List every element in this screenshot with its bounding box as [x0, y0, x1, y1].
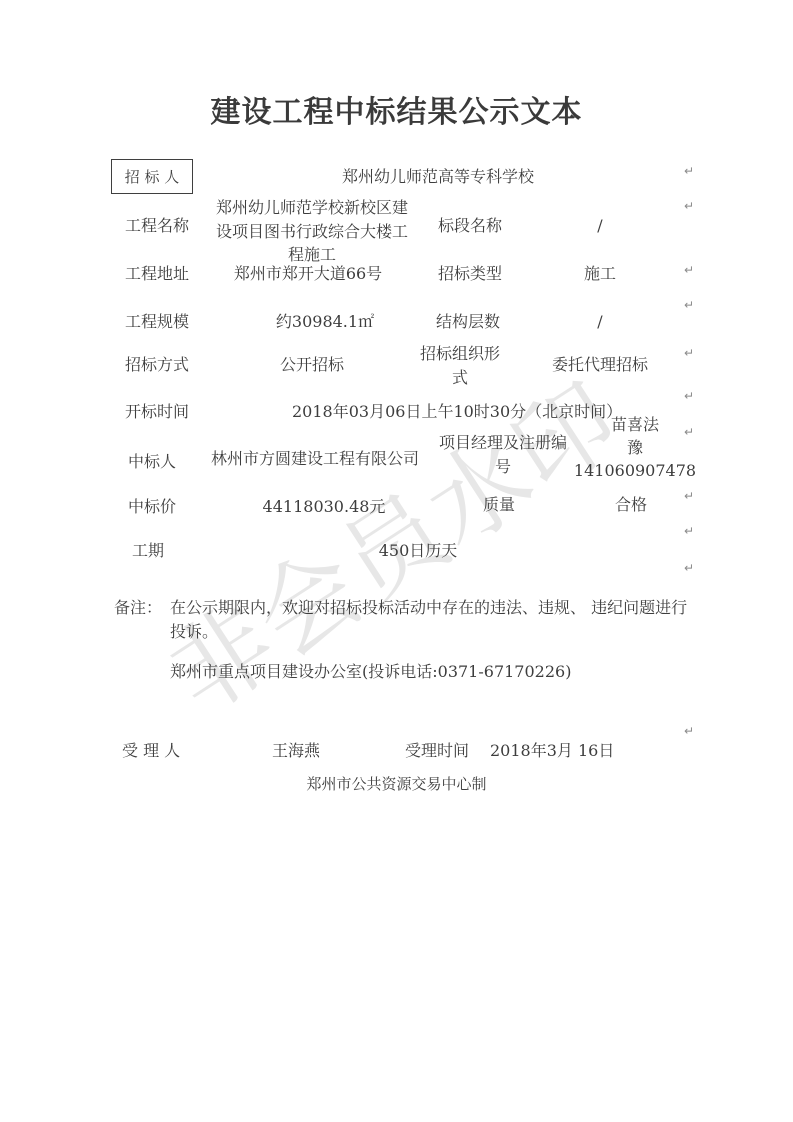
method-label: 招标方式 [125, 354, 189, 376]
pilcrow-icon: ↵ [684, 347, 700, 359]
bidder-label: 招 标 人 [125, 166, 180, 187]
pilcrow-icon: ↵ [684, 525, 700, 537]
pilcrow-icon: ↵ [684, 165, 700, 177]
bid-type-value: 施工 [540, 263, 660, 285]
page-title: 建设工程中标结果公示文本 [0, 95, 793, 131]
address-label: 工程地址 [125, 263, 189, 285]
acceptor-label: 受 理 人 [122, 740, 180, 762]
quality-label: 质量 [439, 494, 559, 516]
bidder-value: 郑州幼儿师范高等专科学校 [191, 166, 685, 188]
price-value: 44118030.48元 [224, 496, 424, 518]
issuer-footer: 郑州市公共资源交易中心制 [0, 773, 793, 795]
price-label: 中标价 [128, 496, 176, 518]
scale-label: 工程规模 [125, 311, 189, 333]
section-name-value: / [540, 215, 660, 237]
duration-label: 工期 [132, 540, 164, 562]
remark-line-2: 投诉。 [170, 620, 218, 644]
project-name-label: 工程名称 [125, 215, 189, 237]
pilcrow-icon: ↵ [684, 562, 700, 574]
pilcrow-icon: ↵ [684, 299, 700, 311]
bid-type-label: 招标类型 [410, 263, 530, 285]
org-form-value: 委托代理招标 [540, 354, 660, 376]
complaint-office-line: 郑州市重点项目建设办公室(投诉电话:0371-67170226) [170, 660, 571, 684]
remark-line-1: 在公示期限内，欢迎对招标投标活动中存在的违法、违规、 违纪问题进行 [170, 596, 687, 620]
structure-floors-label: 结构层数 [408, 311, 528, 333]
project-name-line-2: 设项目图书行政综合大楼工 [210, 220, 414, 244]
pilcrow-icon: ↵ [684, 390, 700, 402]
open-time-label: 开标时间 [125, 401, 189, 423]
duration-value: 450日历天 [318, 540, 518, 562]
acceptance-time-value: 2018年3月 16日 [490, 740, 614, 762]
org-form-label-line-1: 招标组织形 [400, 342, 520, 366]
document-page: 非会员水印 建设工程中标结果公示文本 招 标 人 郑州幼儿师范高等专科学校 工程… [0, 0, 793, 1122]
winner-value: 林州市方圆建设工程有限公司 [205, 448, 425, 470]
method-value: 公开招标 [212, 354, 412, 376]
pilcrow-icon: ↵ [684, 725, 700, 737]
acceptor-name: 王海燕 [272, 740, 320, 762]
winner-label: 中标人 [128, 451, 176, 473]
manager-label-line-1: 项目经理及注册编 [433, 431, 573, 455]
scale-value: 约30984.1㎡ [225, 311, 425, 333]
quality-value: 合格 [571, 494, 691, 516]
open-time-value: 2018年03月06日上午10时30分（北京时间） [292, 401, 552, 423]
acceptance-time-label: 受理时间 [405, 740, 469, 762]
manager-province: 豫 [565, 436, 705, 459]
org-form-label-line-2: 式 [400, 366, 520, 390]
manager-name: 苗喜法 [565, 413, 705, 436]
section-name-label: 标段名称 [410, 215, 530, 237]
manager-label-line-2: 号 [433, 455, 573, 479]
project-name-line-1: 郑州幼儿师范学校新校区建 [210, 196, 414, 220]
pilcrow-icon: ↵ [684, 264, 700, 276]
structure-floors-value: / [540, 311, 660, 333]
manager-reg-number: 141060907478 [565, 459, 705, 482]
address-value: 郑州市郑开大道66号 [208, 263, 408, 285]
pilcrow-icon: ↵ [684, 200, 700, 212]
bidder-label-box: 招 标 人 [111, 159, 193, 194]
remark-label: 备注： [114, 596, 162, 620]
